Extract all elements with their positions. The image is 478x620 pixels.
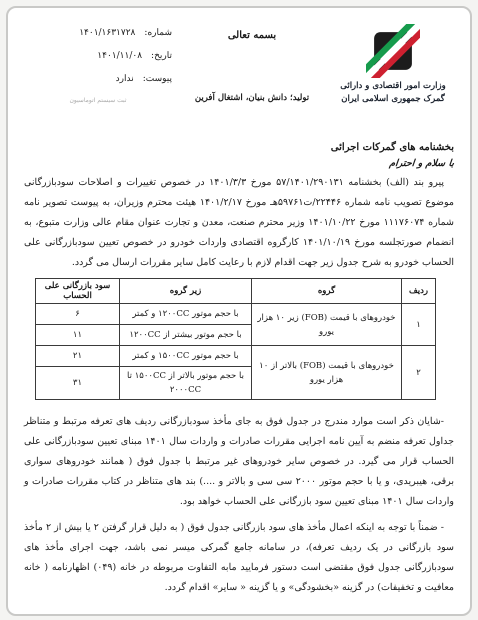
group-cell: خودروهای با قیمت (FOB) بالاتر از ۱۰ هزار… [252,346,402,400]
row-number-cell: ۱ [402,304,436,346]
col-header-group: گروه [252,279,402,304]
letter-number-value: ۱۴۰۱/۱۶۳۱۷۲۸ [79,28,135,38]
col-header-subgroup: زیر گروه [120,279,252,304]
subgroup-cell: با حجم موتور بالاتر از ۱۵۰۰CC تا ۲۰۰۰CC [120,367,252,400]
duty-cell: ۶ [36,304,120,325]
automation-note: ثبت سیستم اتوماسیون [24,97,172,104]
letterhead-center: بسمه تعالی تولید؛ دانش بنیان، اشتغال آفر… [172,22,332,103]
attachment-label: پیوست: [143,74,172,84]
bismillah-text: بسمه تعالی [228,30,276,41]
col-header-row-number: ردیف [402,279,436,304]
letter-date-field: تاریخ:۱۴۰۱/۱۱/۰۸ [24,51,172,61]
attachment-value: ندارد [116,74,134,84]
letter-date-value: ۱۴۰۱/۱۱/۰۸ [97,51,142,61]
year-slogan-text: تولید؛ دانش بنیان، اشتغال آفرین [195,93,309,103]
letter-number-field: شماره:۱۴۰۱/۱۶۳۱۷۲۸ [24,28,172,38]
table-row: ۱ خودروهای با قیمت (FOB) زیر ۱۰ هزار یور… [36,304,436,325]
salutation-text: با سلام و احترام [333,158,454,169]
duty-cell: ۱۱ [36,325,120,346]
circular-letter-page: وزارت امور اقتصادی و دارائی گمرک جمهوری … [6,6,472,616]
instruction-paragraph: - ضمناً با توجه به اینکه اعمال مأخذ های … [24,518,454,598]
col-header-duty: سود بازرگانی علی الحساب [36,279,120,304]
note-paragraph: -شایان ذکر است موارد مندرج در جدول فوق ب… [24,412,454,512]
intro-paragraph: پیرو بند (الف) بخشنامه ۵۷/۱۴۰۱/۲۹۰۱۳۱ مو… [24,173,454,273]
letterhead: وزارت امور اقتصادی و دارائی گمرک جمهوری … [24,22,454,130]
letterhead-org-block: وزارت امور اقتصادی و دارائی گمرک جمهوری … [332,22,454,106]
customs-name: گمرک جمهوری اسلامی ایران [332,93,454,106]
duty-cell: ۲۱ [36,346,120,367]
subject-title: بخشنامه های گمرکات اجرائی [24,142,454,153]
subgroup-cell: با حجم موتور ۱۵۰۰CC و کمتر [120,346,252,367]
commercial-duty-table: ردیف گروه زیر گروه سود بازرگانی علی الحس… [35,278,436,400]
letter-number-label: شماره: [144,28,172,38]
table-row: ۲ خودروهای با قیمت (FOB) بالاتر از ۱۰ هز… [36,346,436,367]
table-header-row: ردیف گروه زیر گروه سود بازرگانی علی الحس… [36,279,436,304]
duty-cell: ۳۱ [36,367,120,400]
customs-logo-icon [366,24,420,78]
letter-date-label: تاریخ: [151,51,172,61]
group-cell: خودروهای با قیمت (FOB) زیر ۱۰ هزار یورو [252,304,402,346]
row-number-cell: ۲ [402,346,436,400]
attachment-field: پیوست:ندارد [24,74,172,84]
subgroup-cell: با حجم موتور ۱۲۰۰CC و کمتر [120,304,252,325]
letter-meta-block: شماره:۱۴۰۱/۱۶۳۱۷۲۸ تاریخ:۱۴۰۱/۱۱/۰۸ پیوس… [24,22,172,104]
ministry-name: وزارت امور اقتصادی و دارائی [332,80,454,93]
subgroup-cell: با حجم موتور بیشتر از ۱۲۰۰CC [120,325,252,346]
